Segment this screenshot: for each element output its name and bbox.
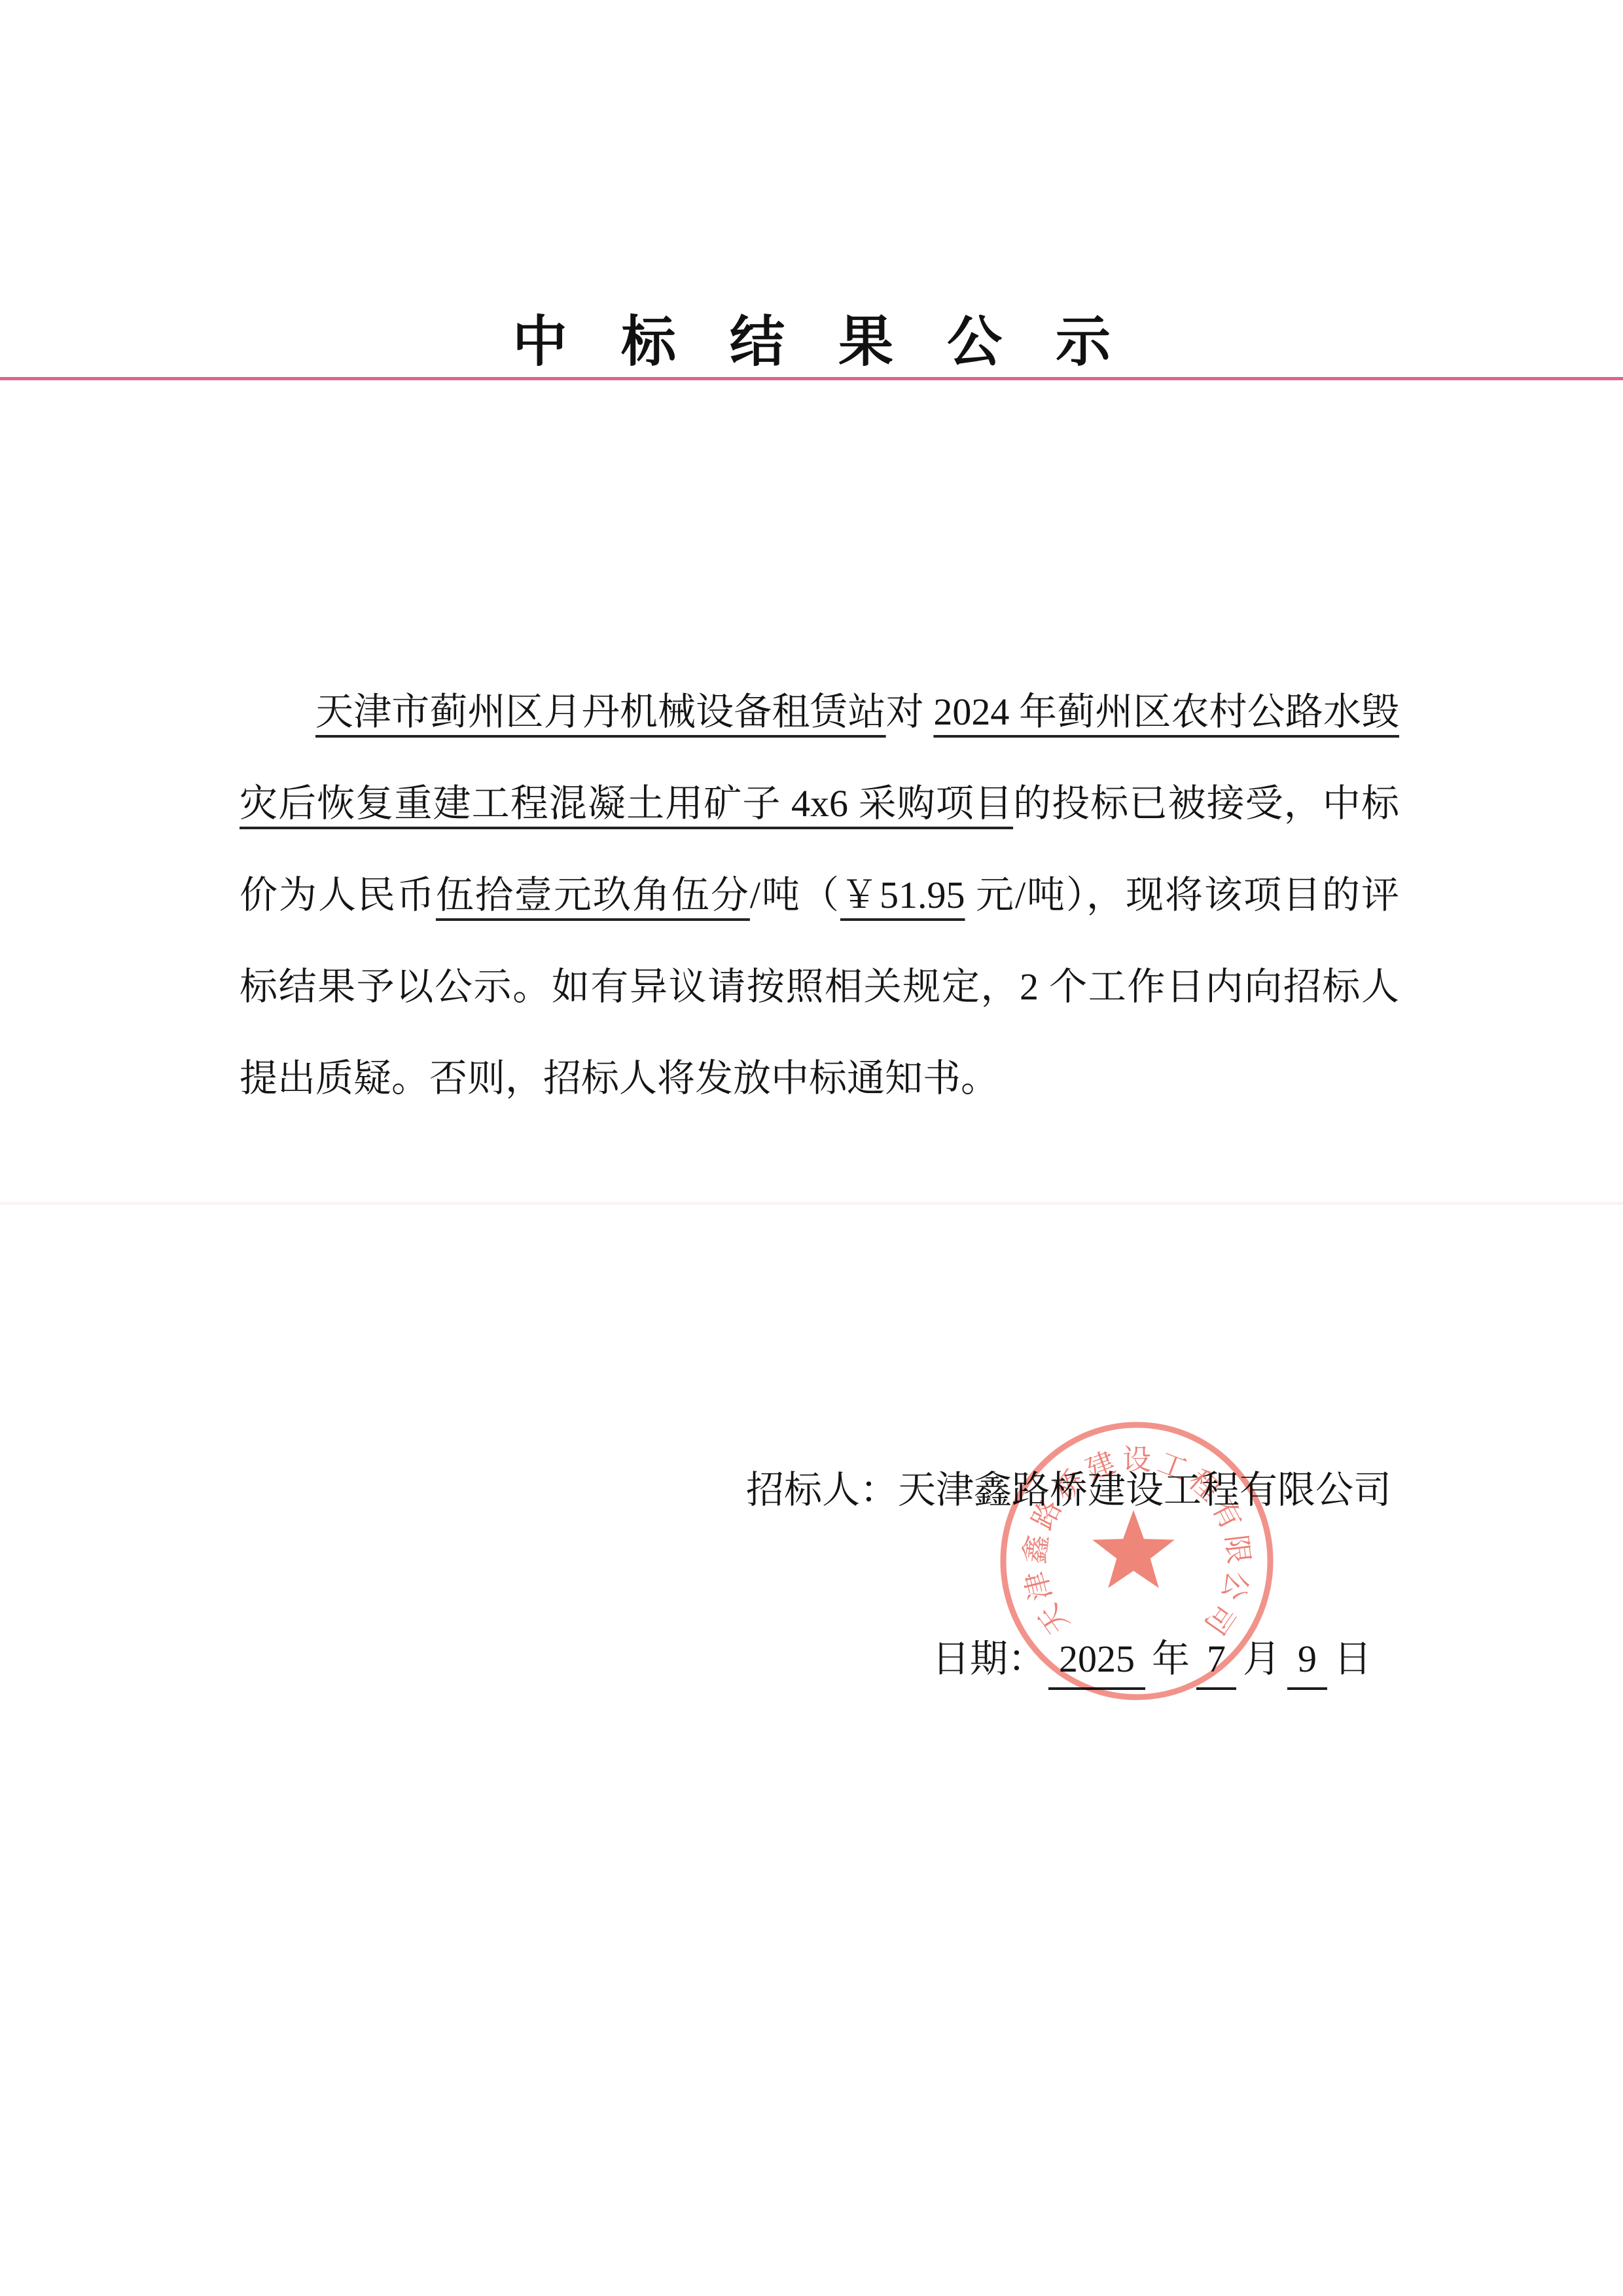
date-month: 7	[1196, 1634, 1236, 1690]
paragraph-segment: 天津市蓟州区月丹机械设备租赁站	[315, 691, 886, 733]
paragraph-segment: 对	[886, 691, 934, 733]
scan-artifact-band	[0, 1202, 1623, 1205]
date-line: 日期：2025年7月9日	[932, 1634, 1376, 1690]
signature-label: 招标人：	[746, 1469, 898, 1511]
date-label: 日期：	[932, 1638, 1046, 1680]
date-day-unit: 日	[1334, 1638, 1372, 1680]
paragraph-segment: /吨（	[750, 874, 840, 916]
seal-char: 鑫	[1019, 1533, 1054, 1565]
seal-star-icon	[1092, 1510, 1175, 1588]
page-title: 中标结果公示	[0, 310, 1623, 375]
document-page: 中标结果公示 天津市蓟州区月丹机械设备租赁站对 2024 年蓟州区农村公路水毁灾…	[0, 0, 1623, 2296]
date-day: 9	[1287, 1634, 1327, 1690]
announcement-paragraph: 天津市蓟州区月丹机械设备租赁站对 2024 年蓟州区农村公路水毁灾后恢复重建工程…	[240, 666, 1399, 1124]
seal-char: 限	[1220, 1533, 1255, 1565]
seal-char: 公	[1216, 1568, 1254, 1604]
paragraph-segment: ￥51.95	[840, 874, 965, 916]
date-year: 2025	[1048, 1634, 1145, 1690]
seal-char: 津	[1020, 1568, 1058, 1604]
signature-line: 招标人：天津鑫路桥建设工程有限公司	[746, 1467, 1391, 1513]
title-divider-line	[0, 377, 1623, 380]
date-year-unit: 年	[1152, 1638, 1190, 1680]
date-month-unit: 月	[1243, 1638, 1281, 1680]
paragraph-segment: 伍拾壹元玖角伍分	[436, 874, 750, 916]
signature-company: 天津鑫路桥建设工程有限公司	[898, 1469, 1391, 1511]
